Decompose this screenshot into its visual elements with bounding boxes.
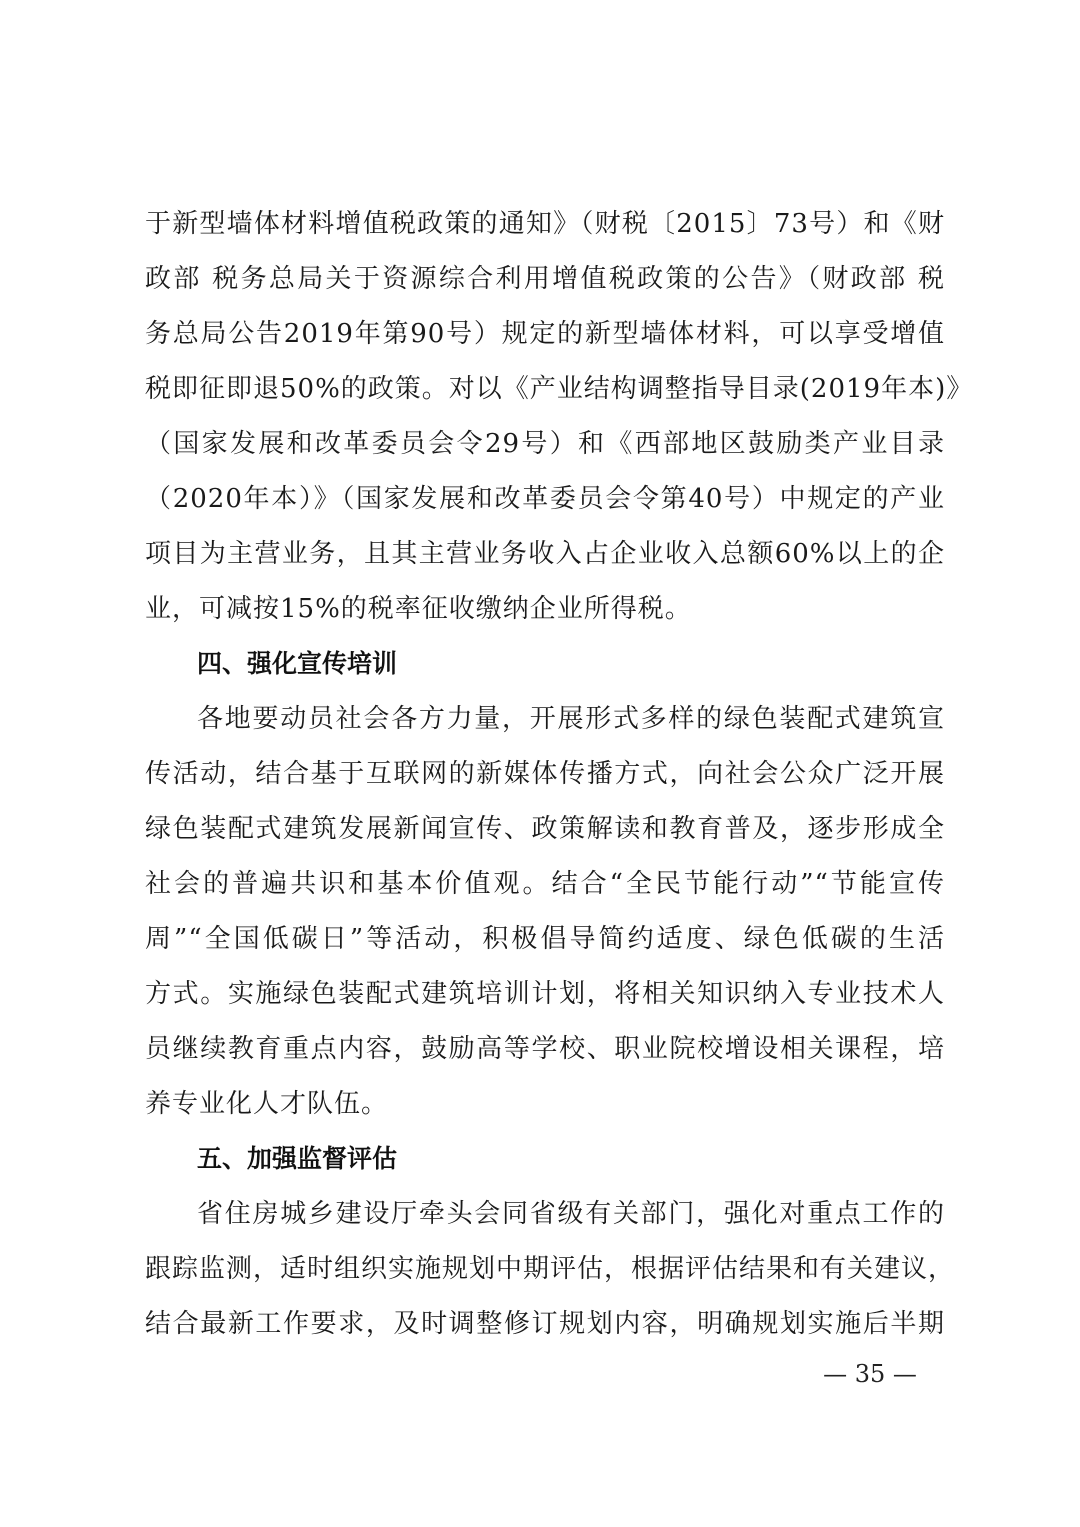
text-line: 社会的普遍共识和基本价值观。结合“全民节能行动”“节能宣传 [145, 864, 945, 904]
text-line: 省住房城乡建设厅牵头会同省级有关部门，强化对重点工作的 [197, 1194, 945, 1234]
text-line: 传活动，结合基于互联网的新媒体传播方式，向社会公众广泛开展 [145, 754, 945, 794]
text-line: 各地要动员社会各方力量，开展形式多样的绿色装配式建筑宣 [197, 699, 945, 739]
text-line: 方式。实施绿色装配式建筑培训计划，将相关知识纳入专业技术人 [145, 974, 945, 1014]
section-heading-5: 五、加强监督评估 [197, 1139, 397, 1179]
text-line: 养专业化人才队伍。 [145, 1084, 945, 1124]
text-line: 务总局公告2019年第90号）规定的新型墙体材料，可以享受增值 [145, 314, 945, 354]
page-number: — 35 — [815, 1356, 925, 1392]
text-line: 政部 税务总局关于资源综合利用增值税政策的公告》（财政部 税 [145, 259, 945, 299]
text-line: 员继续教育重点内容，鼓励高等学校、职业院校增设相关课程，培 [145, 1029, 945, 1069]
text-line: 项目为主营业务，且其主营业务收入占企业收入总额60%以上的企 [145, 534, 945, 574]
text-line: 结合最新工作要求，及时调整修订规划内容，明确规划实施后半期 [145, 1304, 945, 1344]
text-line: 绿色装配式建筑发展新闻宣传、政策解读和教育普及，逐步形成全 [145, 809, 945, 849]
text-line: 税即征即退50%的政策。对以《产业结构调整指导目录(2019年本)》 [145, 369, 945, 409]
text-line: （国家发展和改革委员会令29号）和《西部地区鼓励类产业目录 [145, 424, 945, 464]
text-line: 业，可减按15%的税率征收缴纳企业所得税。 [145, 589, 945, 629]
text-line: （2020年本）》（国家发展和改革委员会令第40号）中规定的产业 [145, 479, 945, 519]
section-heading-4: 四、强化宣传培训 [197, 644, 397, 684]
document-page: 于新型墙体材料增值税政策的通知》（财税〔2015〕73号）和《财 政部 税务总局… [0, 0, 1080, 1527]
text-line: 于新型墙体材料增值税政策的通知》（财税〔2015〕73号）和《财 [145, 204, 945, 244]
text-line: 周”“全国低碳日”等活动，积极倡导简约适度、绿色低碳的生活 [145, 919, 945, 959]
text-line: 跟踪监测，适时组织实施规划中期评估，根据评估结果和有关建议， [145, 1249, 945, 1289]
